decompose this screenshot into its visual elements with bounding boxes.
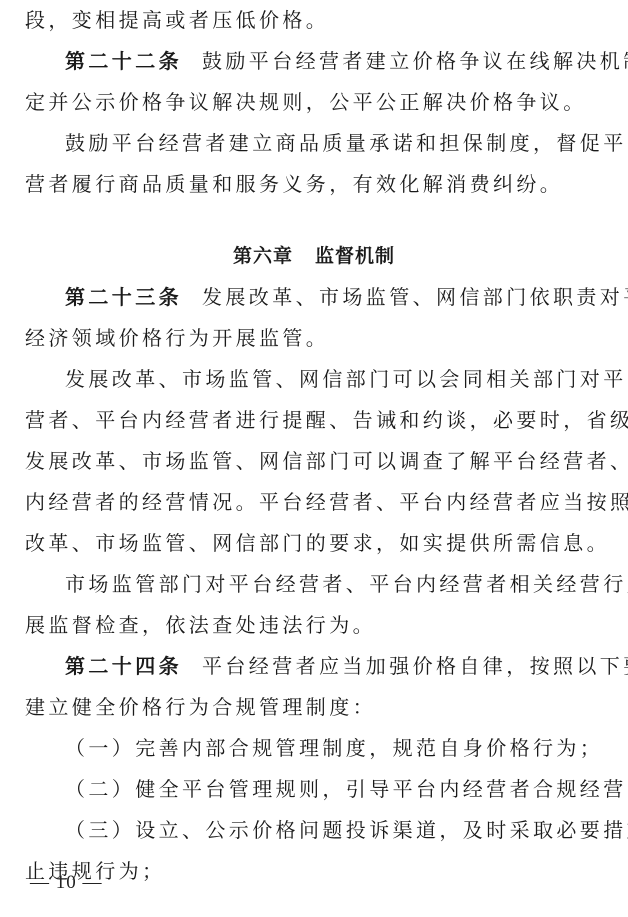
article-22-line-1: 第二十二条鼓励平台经营者建立价格争议在线解决机制，制: [65, 41, 628, 82]
chapter-title: 监督机制: [315, 245, 395, 267]
article-22-text: 鼓励平台经营者建立价格争议在线解决机制，制: [202, 49, 628, 73]
paragraph-line: 营者履行商品质量和服务义务，有效化解消费纠纷。: [25, 164, 563, 205]
list-item-3-line-1: （三）设立、公示价格问题投诉渠道，及时采取必要措施制: [65, 810, 628, 851]
article-22-line-2: 定并公示价格争议解决规则，公平公正解决价格争议。: [25, 82, 587, 123]
paragraph-line: 发展改革、市场监管、网信部门可以会同相关部门对平台经: [65, 359, 628, 400]
article-24-text: 平台经营者应当加强价格自律，按照以下要求: [202, 654, 628, 678]
paragraph-line: 改革、市场监管、网信部门的要求，如实提供所需信息。: [25, 523, 610, 564]
list-item-2: （二）健全平台管理规则，引导平台内经营者合规经营；: [65, 769, 628, 810]
paragraph-line: 展监督检查，依法查处违法行为。: [25, 605, 376, 646]
page-number: — 10 —: [30, 872, 103, 894]
paragraph-line: 市场监管部门对平台经营者、平台内经营者相关经营行为开: [65, 564, 628, 605]
list-item-1: （一）完善内部合规管理制度，规范自身价格行为；: [65, 728, 603, 769]
article-23-line-1: 第二十三条发展改革、市场监管、网信部门依职责对平台: [65, 277, 628, 318]
article-22-number: 第二十二条: [65, 49, 182, 73]
chapter-number: 第六章: [233, 245, 293, 267]
article-23-line-2: 经济领域价格行为开展监管。: [25, 318, 329, 359]
article-23-text: 发展改革、市场监管、网信部门依职责对平台: [202, 285, 628, 309]
paragraph-line: 发展改革、市场监管、网信部门可以调查了解平台经营者、平台: [25, 441, 628, 482]
article-24-number: 第二十四条: [65, 654, 182, 678]
article-24-line-1: 第二十四条平台经营者应当加强价格自律，按照以下要求: [65, 646, 628, 687]
paragraph-line: 营者、平台内经营者进行提醒、告诫和约谈，必要时，省级以上: [25, 400, 628, 441]
paragraph-line: 内经营者的经营情况。平台经营者、平台内经营者应当按照发展: [25, 482, 628, 523]
chapter-heading: 第六章监督机制: [25, 236, 603, 277]
article-24-line-2: 建立健全价格行为合规管理制度：: [25, 687, 376, 728]
paragraph-line: 鼓励平台经营者建立商品质量承诺和担保制度，督促平台内经: [65, 123, 628, 164]
paragraph-continuation-line: 段，变相提高或者压低价格。: [25, 0, 329, 41]
article-23-number: 第二十三条: [65, 285, 182, 309]
